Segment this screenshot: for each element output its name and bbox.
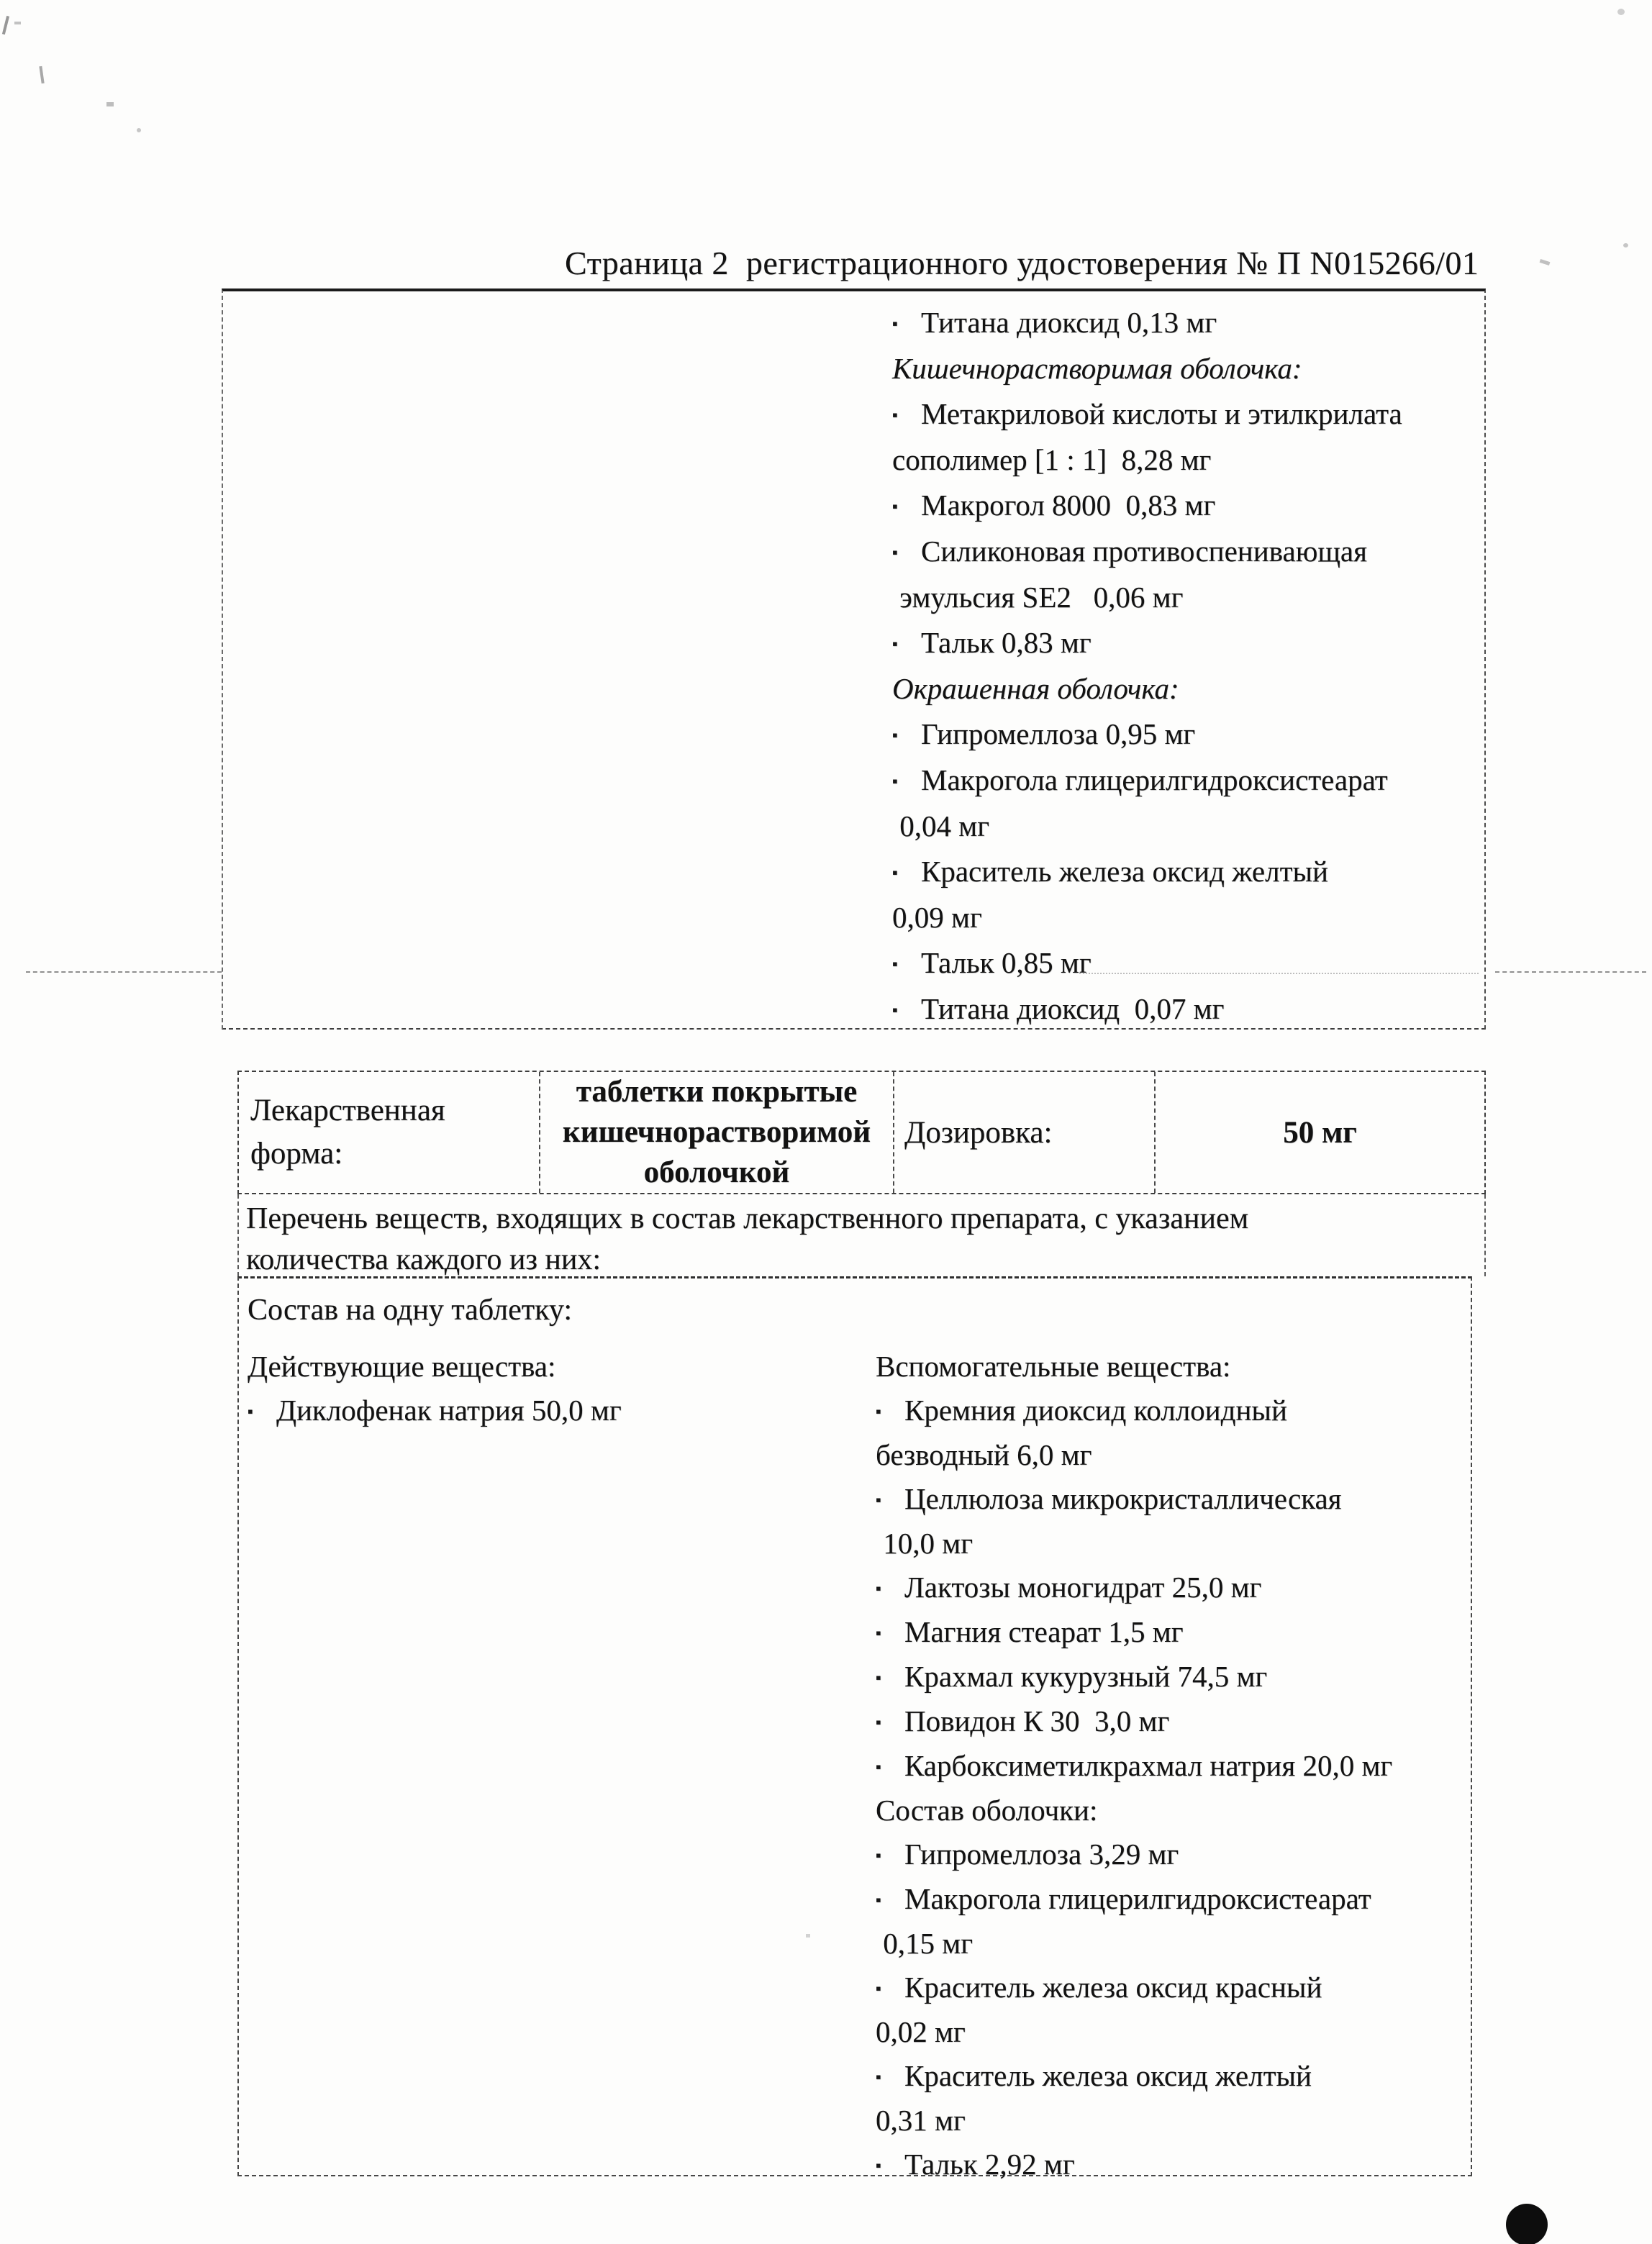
list-item: ▪Краситель железа оксид красный 0,02 мг [876, 1966, 1466, 2054]
bullet-icon: ▪ [892, 392, 921, 437]
list-item: ▪Состав оболочки: [876, 1789, 1466, 1832]
bullet-icon: ▪ [892, 758, 921, 804]
scan-artifact [106, 102, 114, 106]
list-item: ▪Окрашенная оболочка: [892, 666, 1472, 712]
list-item-text: Целлюлоза микрокристаллическая 10,0 мг [876, 1482, 1342, 1560]
scan-artifact [1540, 259, 1551, 265]
scan-artifact [14, 22, 21, 24]
form-value: таблетки покрытые кишечнорастворимой обо… [563, 1072, 871, 1193]
list-item: ▪Магния стеарат 1,5 мг [876, 1610, 1466, 1655]
bullet-icon: ▪ [876, 1700, 904, 1744]
list-item: ▪Гипромеллоза 3,29 мг [876, 1832, 1466, 1877]
list-item-text: Краситель железа оксид желтый 0,31 мг [876, 2059, 1312, 2137]
shell-composition-list: ▪Титана диоксид 0,13 мг ▪Кишечнораствори… [892, 300, 1472, 1032]
list-item-text: Окрашенная оболочка: [892, 672, 1179, 705]
bullet-icon: ▪ [892, 530, 921, 575]
list-item-text: Макрогола глицерилгидроксистеарат 0,04 м… [892, 763, 1388, 842]
list-item-text: Метакриловой кислоты и этилкрилата сопол… [892, 397, 1402, 476]
bullet-icon: ▪ [892, 483, 921, 529]
list-item-text: Гипромеллоза 0,95 мг [921, 717, 1195, 750]
scanned-document-page: Страница 2 регистрационного удостоверени… [0, 0, 1652, 2244]
shell-composition-box: ▪Титана диоксид 0,13 мг ▪Кишечнораствори… [222, 289, 1486, 1030]
dosage-label: Дозировка: [904, 1115, 1052, 1150]
active-substances-heading: Действующие вещества: [248, 1345, 679, 1389]
bullet-icon: ▪ [876, 1966, 904, 2010]
bullet-icon: ▪ [892, 987, 921, 1032]
list-item-text: Силиконовая противоспенивающая эмульсия … [892, 535, 1367, 614]
bullet-icon: ▪ [876, 2143, 904, 2187]
list-item-text: Тальк 0,85 мг [921, 946, 1091, 979]
list-item-text: Состав оболочки: [876, 1794, 1097, 1827]
scan-artifact [137, 128, 141, 132]
list-item: ▪Диклофенак натрия 50,0 мг [248, 1389, 679, 1433]
composition-box: Состав на одну таблетку: Действующие вещ… [237, 1276, 1472, 2176]
bullet-icon: ▪ [892, 621, 921, 666]
list-item: ▪Макрогола глицерилгидроксистеарат 0,15 … [876, 1877, 1466, 1966]
dosage-value-cell: 50 мг [1156, 1072, 1484, 1193]
form-label: Лекарственная форма: [250, 1089, 445, 1176]
fold-line [1079, 973, 1479, 974]
bullet-icon: ▪ [892, 712, 921, 758]
scan-artifact [1623, 243, 1628, 247]
form-dosage-table: Лекарственная форма: таблетки покрытые к… [237, 1071, 1486, 1194]
list-item: ▪Кремния диоксид коллоидный безводный 6,… [876, 1389, 1466, 1477]
bullet-icon: ▪ [892, 850, 921, 895]
list-item-text: Тальк 2,92 мг [904, 2148, 1075, 2181]
list-item-text: Крахмал кукурузный 74,5 мг [904, 1660, 1267, 1693]
bullet-icon: ▪ [876, 1878, 904, 1922]
list-item: ▪Титана диоксид 0,13 мг [892, 300, 1472, 346]
list-item-text: Макрогола глицерилгидроксистеарат 0,15 м… [876, 1882, 1371, 1960]
list-item-text: Титана диоксид 0,07 мг [921, 992, 1224, 1025]
list-item: ▪Краситель железа оксид желтый 0,31 мг [876, 2054, 1466, 2143]
bullet-icon: ▪ [876, 1611, 904, 1655]
bullet-icon: ▪ [892, 301, 921, 346]
list-item-text: Кишечнорастворимая оболочка: [892, 352, 1302, 385]
active-substances-list: ▪Диклофенак натрия 50,0 мг [248, 1389, 679, 1433]
list-item: ▪Повидон К 30 3,0 мг [876, 1699, 1466, 1744]
list-item: ▪Титана диоксид 0,07 мг [892, 986, 1472, 1032]
ingredients-note-text: Перечень веществ, входящих в состав лека… [246, 1199, 1484, 1281]
list-item: ▪Гипромеллоза 0,95 мг [892, 712, 1472, 758]
list-item-text: Краситель железа оксид желтый 0,09 мг [892, 855, 1328, 934]
fold-line [1495, 971, 1646, 973]
list-item-text: Титана диоксид 0,13 мг [921, 306, 1217, 339]
scan-artifact [2, 16, 9, 35]
list-item: ▪Кишечнорастворимая оболочка: [892, 346, 1472, 391]
list-item: ▪Целлюлоза микрокристаллическая 10,0 мг [876, 1477, 1466, 1566]
list-item: ▪Макрогол 8000 0,83 мг [892, 483, 1472, 529]
list-item: ▪Краситель железа оксид желтый 0,09 мг [892, 849, 1472, 940]
list-item: ▪Тальк 0,85 мг [892, 940, 1472, 986]
bullet-icon: ▪ [876, 1745, 904, 1789]
list-item-text: Лактозы моногидрат 25,0 мг [904, 1571, 1261, 1604]
list-item: ▪Лактозы моногидрат 25,0 мг [876, 1566, 1466, 1610]
excipients-heading: Вспомогательные вещества: [876, 1345, 1466, 1389]
list-item: ▪Тальк 0,83 мг [892, 620, 1472, 666]
bullet-icon: ▪ [248, 1389, 276, 1433]
form-value-cell: таблетки покрытые кишечнорастворимой обо… [540, 1072, 894, 1193]
list-item-text: Макрогол 8000 0,83 мг [921, 489, 1215, 522]
ink-dot-artifact [1506, 2204, 1548, 2244]
bullet-icon: ▪ [876, 1833, 904, 1877]
list-item: ▪Макрогола глицерилгидроксистеарат 0,04 … [892, 758, 1472, 849]
bullet-icon: ▪ [892, 941, 921, 986]
dosage-label-cell: Дозировка: [894, 1072, 1156, 1193]
list-item-text: Кремния диоксид коллоидный безводный 6,0… [876, 1394, 1287, 1471]
scan-artifact [39, 66, 44, 83]
form-label-cell: Лекарственная форма: [239, 1072, 540, 1193]
ingredients-note: Перечень веществ, входящих в состав лека… [237, 1194, 1486, 1276]
scan-artifact [1617, 9, 1625, 15]
page-header: Страница 2 регистрационного удостоверени… [565, 245, 1479, 282]
excipients-column: Вспомогательные вещества: ▪Кремния диокс… [876, 1345, 1466, 2187]
fold-line [26, 971, 222, 973]
list-item-text: Краситель железа оксид красный 0,02 мг [876, 1971, 1322, 2048]
bullet-icon: ▪ [876, 2055, 904, 2099]
list-item-text: Гипромеллоза 3,29 мг [904, 1838, 1179, 1871]
list-item: ▪Метакриловой кислоты и этилкрилата сопо… [892, 391, 1472, 483]
list-item: ▪Крахмал кукурузный 74,5 мг [876, 1655, 1466, 1699]
dosage-value: 50 мг [1283, 1115, 1357, 1150]
list-item: ▪Силиконовая противоспенивающая эмульсия… [892, 529, 1472, 620]
list-item-text: Магния стеарат 1,5 мг [904, 1615, 1184, 1648]
excipients-list: ▪Кремния диоксид коллоидный безводный 6,… [876, 1389, 1466, 2187]
list-item: ▪Карбоксиметилкрахмал натрия 20,0 мг [876, 1744, 1466, 1789]
list-item-text: Тальк 0,83 мг [921, 626, 1091, 659]
bullet-icon: ▪ [876, 1478, 904, 1522]
composition-title: Состав на одну таблетку: [248, 1289, 572, 1332]
list-item-text: Диклофенак натрия 50,0 мг [276, 1394, 622, 1427]
active-substances-column: Действующие вещества: ▪Диклофенак натрия… [248, 1345, 679, 1433]
bullet-icon: ▪ [876, 1389, 904, 1433]
list-item: ▪Тальк 2,92 мг [876, 2143, 1466, 2187]
list-item-text: Карбоксиметилкрахмал натрия 20,0 мг [904, 1749, 1392, 1782]
bullet-icon: ▪ [876, 1655, 904, 1699]
list-item-text: Повидон К 30 3,0 мг [904, 1704, 1169, 1737]
bullet-icon: ▪ [876, 1566, 904, 1610]
